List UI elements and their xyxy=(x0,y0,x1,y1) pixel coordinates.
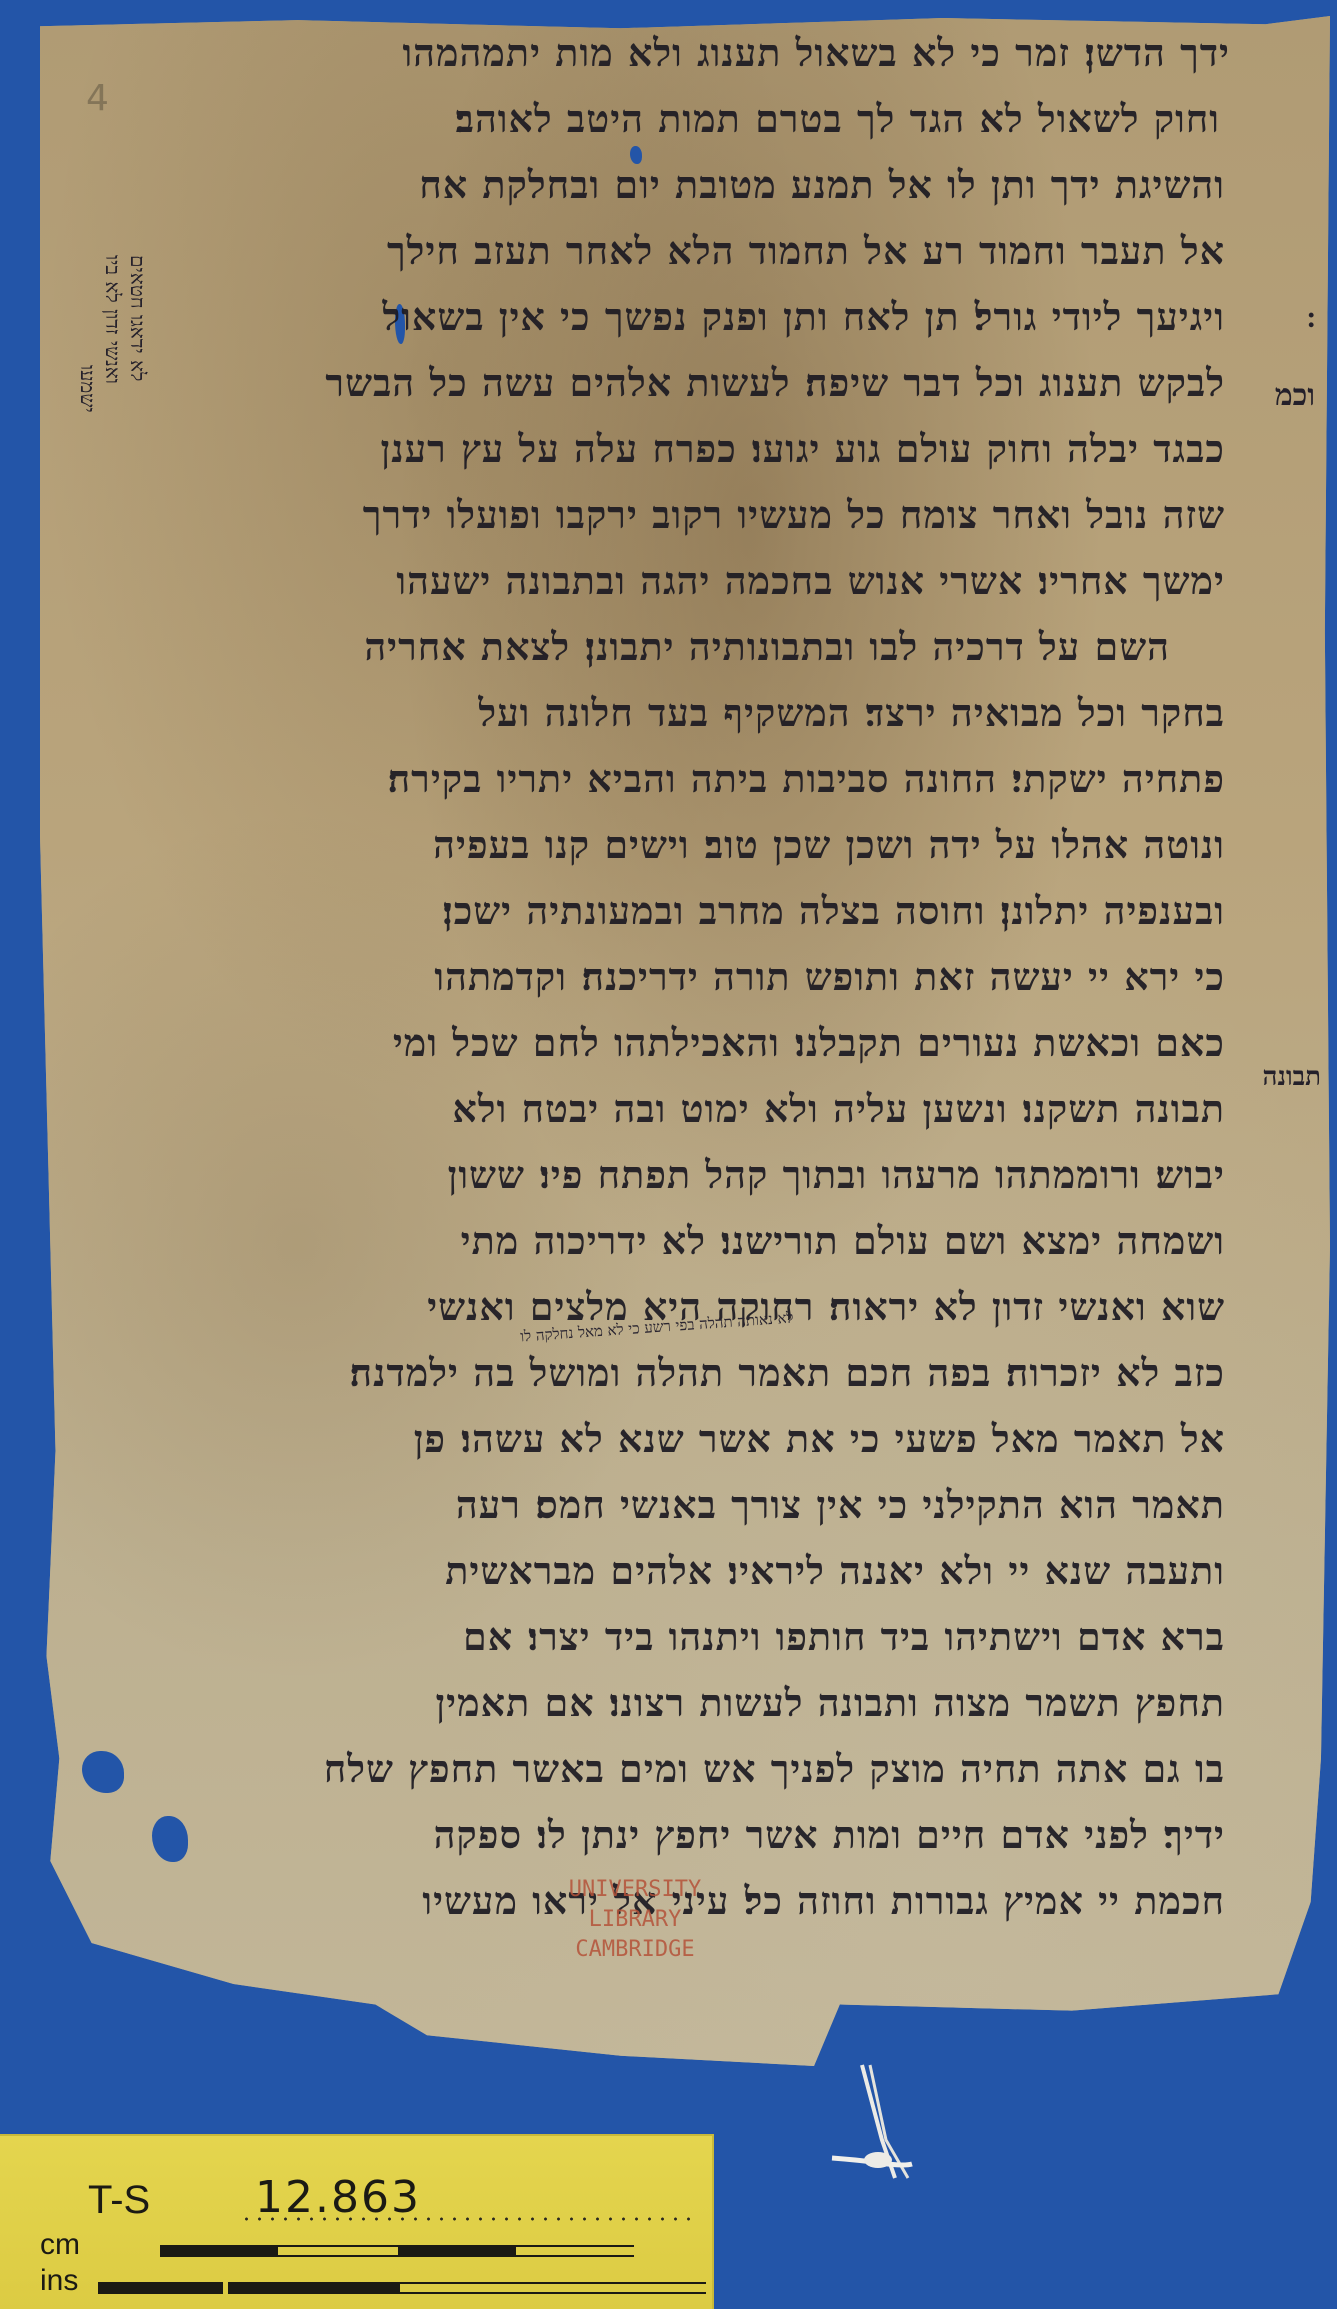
stamp-line: LIBRARY xyxy=(545,1905,725,1935)
text-line: תבונה תשקנו׃ ונשען עליה ולא ימוט ובה יבט… xyxy=(150,1076,1225,1142)
scale-ins-label: ins xyxy=(40,2264,78,2298)
text-line: תחפץ תשמר מצוה ותבונה לעשות רצונו׃ אם תא… xyxy=(150,1670,1225,1736)
margin-note-right: תבונה xyxy=(1263,1062,1321,1092)
text-line: בחקר וכל מבואיה ירצד׃ המשקיף בעד חלונה ו… xyxy=(150,680,1225,746)
text-line: וחוק לשאול לא הגד לך בטרם תמות היטב לאוה… xyxy=(150,86,1220,152)
text-line: אל תאמר מאל פשעי כי את אשר שנא לא עשהו׃ … xyxy=(150,1406,1225,1472)
text-line: לבקש תענוג וכל דבר שיפה׃ לעשות אלהים עשה… xyxy=(150,350,1225,416)
dotted-line xyxy=(240,2216,690,2222)
stamp-line: UNIVERSITY xyxy=(545,1875,725,1905)
text-line: בו גם אתה תחיה מוצק לפניך אש ומים באשר ת… xyxy=(150,1736,1225,1802)
text-line: ידיך׃ לפני אדם חיים ומות אשר יחפץ ינתן ל… xyxy=(150,1802,1225,1868)
text-line: והשיגת ידך ותן לו אל תמנע מטובת יום ובחל… xyxy=(150,152,1225,218)
main-text-column: ידך הדשן׃ זמר כי לא בשאול תענוג ולא מות … xyxy=(150,20,1230,1934)
text-line: תאמר הוא התקילני כי אין צורך באנשי חמס׃ … xyxy=(150,1472,1225,1538)
margin-note-left-vertical: לא ידאגו חטאים ואנשי זדון לא ביו ישמעו xyxy=(50,255,160,515)
margin-note-line: לא ידאגו חטאים xyxy=(125,255,150,381)
scale-cm-label: cm xyxy=(40,2228,80,2262)
margin-note-right: וכמ xyxy=(1275,378,1315,413)
text-line: כאם וכאשת נעורים תקבלנו׃ והאכילתהו לחם ש… xyxy=(150,1010,1225,1076)
parchment-hole xyxy=(82,1751,124,1793)
collection-prefix: T-S xyxy=(88,2178,150,2223)
text-line: ושמחה ימצא ושם עולם תורישנו׃ לא ידריכוה … xyxy=(150,1208,1225,1274)
shelfmark-label-card: T-S 12.863 cm ins xyxy=(0,2134,714,2309)
text-line: כזב לא יזכרוה׃ בפה חכם תאמר תהלה ומושל ב… xyxy=(150,1340,1225,1406)
folio-number: 4 xyxy=(86,78,109,119)
text-line: השם על דרכיה לבו ובתבונותיה יתבונן׃ לצאת… xyxy=(150,614,1170,680)
stamp-line: CAMBRIDGE xyxy=(545,1935,725,1965)
text-line: כבגד יבלה וחוק עולם גוע יגועו׃ כפרח עלה … xyxy=(150,416,1225,482)
text-line: ונוטה אהלו על ידה ושכן שכן טוב׃ וישים קנ… xyxy=(150,812,1225,878)
library-stamp: UNIVERSITY LIBRARY CAMBRIDGE xyxy=(545,1875,725,1965)
text-line: אל תעבר וחמוד רע אל תחמוד הלא לאחר תעזב … xyxy=(150,218,1225,284)
text-line: ברא אדם וישתיהו ביד חותפו ויתנהו ביד יצר… xyxy=(150,1604,1225,1670)
margin-note-line: ישמעו xyxy=(75,365,100,413)
cm-scale-bar xyxy=(160,2245,640,2259)
text-line: פתחיה ישקתי׃ החונה סביבות ביתה והביא יתר… xyxy=(150,746,1225,812)
text-line: שזה נובל ואחר צומח כל מעשיו רקוב ירקבו ו… xyxy=(150,482,1225,548)
text-line: ותעבה שנא יי ולא יאננה ליראיו׃ אלהים מבר… xyxy=(150,1538,1225,1604)
text-line: כי ירא יי יעשה זאת ותופש תורה ידריכנה׃ ו… xyxy=(150,944,1225,1010)
text-line: יבוש׃ ורוממתהו מרעהו ובתוך קהל תפתח פיו׃… xyxy=(150,1142,1225,1208)
text-line: ובענפיה יתלונן׃ וחוסה בצלה מחרב ובמעונתי… xyxy=(150,878,1225,944)
binding-string-icon xyxy=(820,2060,920,2180)
text-line: ידך הדשן׃ זמר כי לא בשאול תענוג ולא מות … xyxy=(150,20,1230,86)
margin-note-line: ואנשי זדון לא ביו xyxy=(100,255,125,384)
text-line: ויגיעך ליודי גורל׃ תן לאח ותן ופנק נפשך … xyxy=(150,284,1225,350)
text-line: ימשך אחריו׃ אשרי אנוש בחכמה יהגה ובתבונה… xyxy=(150,548,1225,614)
inch-scale-bar xyxy=(98,2282,708,2296)
